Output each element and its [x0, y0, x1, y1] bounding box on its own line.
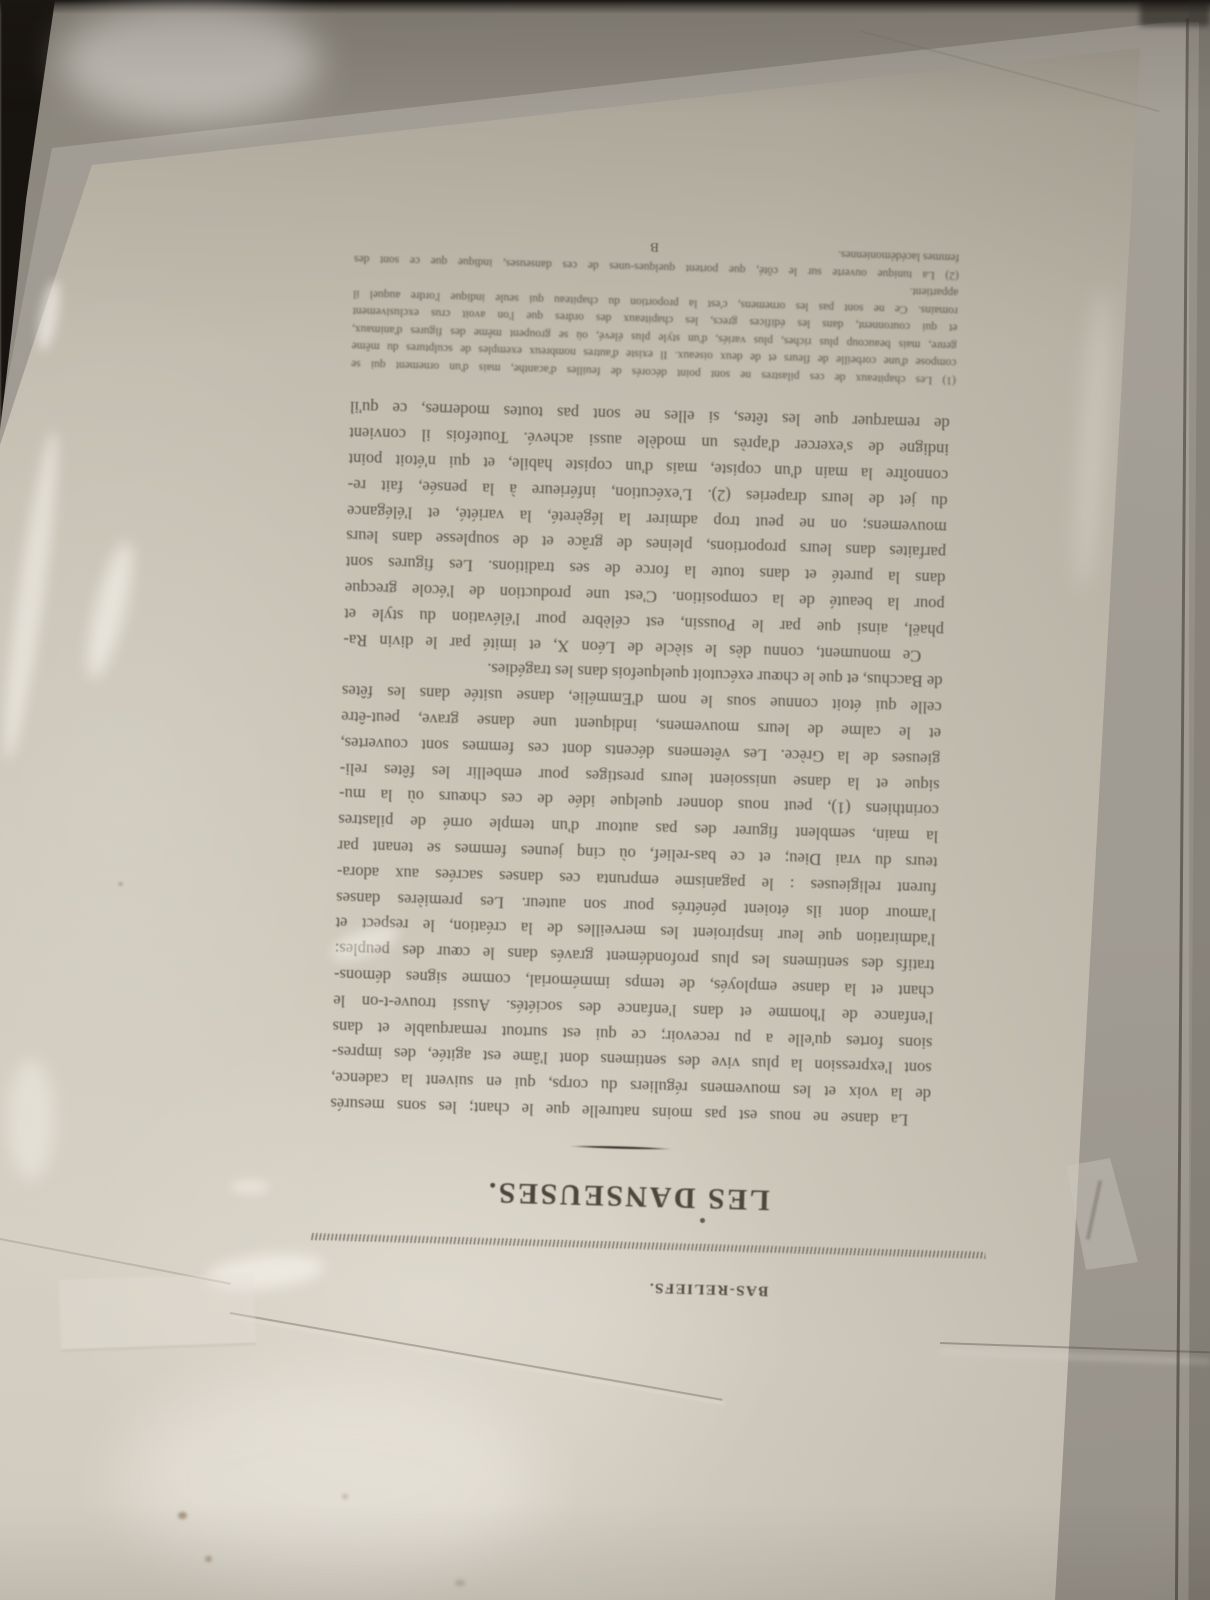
photo-vignette: [0, 0, 1210, 1600]
photo-scene: BAS-RELIEFS. LES DANSEUSES. La danse ne …: [0, 0, 1210, 1600]
